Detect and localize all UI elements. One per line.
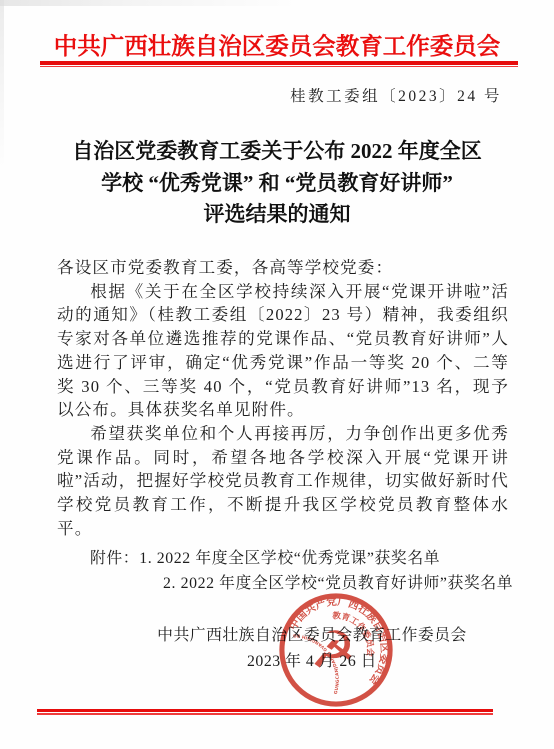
official-red-seal: 中国共产党广西壮族自治区委员会 GUNGCANJDANGJ GVANGJSIH … — [274, 591, 398, 709]
body-paragraph-1: 根据《关于在全区学校持续深入开展“党课开讲啦”活动的通知》（桂教工委组〔2022… — [57, 280, 509, 422]
attachments-label: 附件： — [90, 550, 139, 567]
footer-rule-thin — [37, 713, 493, 715]
salutation-line: 各设区市党委教育工委，各高等学校党委： — [57, 256, 509, 280]
document-number: 桂教工委组〔2023〕24 号 — [290, 84, 502, 106]
scan-edge-artifact-top — [0, 0, 300, 6]
footer-rule — [37, 709, 493, 715]
document-title-line3: 评选结果的通知 — [20, 199, 534, 231]
letterhead-rule — [40, 61, 518, 67]
letterhead-org-name: 中共广西壮族自治区委员会教育工作委员会 — [0, 27, 554, 61]
attachment-row-1: 附件：1. 2022 年度全区学校“优秀党课”获奖名单 — [90, 546, 520, 571]
body-paragraph-2: 希望获奖单位和个人再接再厉，力争创作出更多优秀党课作品。同时，希望各地各学校深入… — [57, 422, 509, 541]
document-body: 各设区市党委教育工委，各高等学校党委： 根据《关于在全区学校持续深入开展“党课开… — [57, 256, 509, 540]
document-title-line2: 学校 “优秀党课” 和 “党员教育好讲师” — [20, 168, 534, 200]
attachment-item-1: 1. 2022 年度全区学校“优秀党课”获奖名单 — [139, 550, 440, 567]
letterhead-rule-thin — [40, 66, 518, 67]
scan-edge-artifact-left — [0, 0, 4, 170]
document-title: 自治区党委教育工委关于公布 2022 年度全区 学校 “优秀党课” 和 “党员教… — [20, 136, 534, 231]
document-title-line1: 自治区党委教育工委关于公布 2022 年度全区 — [20, 136, 534, 168]
attachment-item-2: 2. 2022 年度全区学校“党员教育好讲师”获奖名单 — [163, 575, 513, 592]
hammer-sickle-emblem-icon: ☭ — [310, 622, 356, 681]
official-document-page: 中共广西壮族自治区委员会教育工作委员会 桂教工委组〔2023〕24 号 自治区党… — [0, 0, 554, 749]
attachments-block: 附件：1. 2022 年度全区学校“优秀党课”获奖名单 2. 2022 年度全区… — [90, 546, 520, 597]
